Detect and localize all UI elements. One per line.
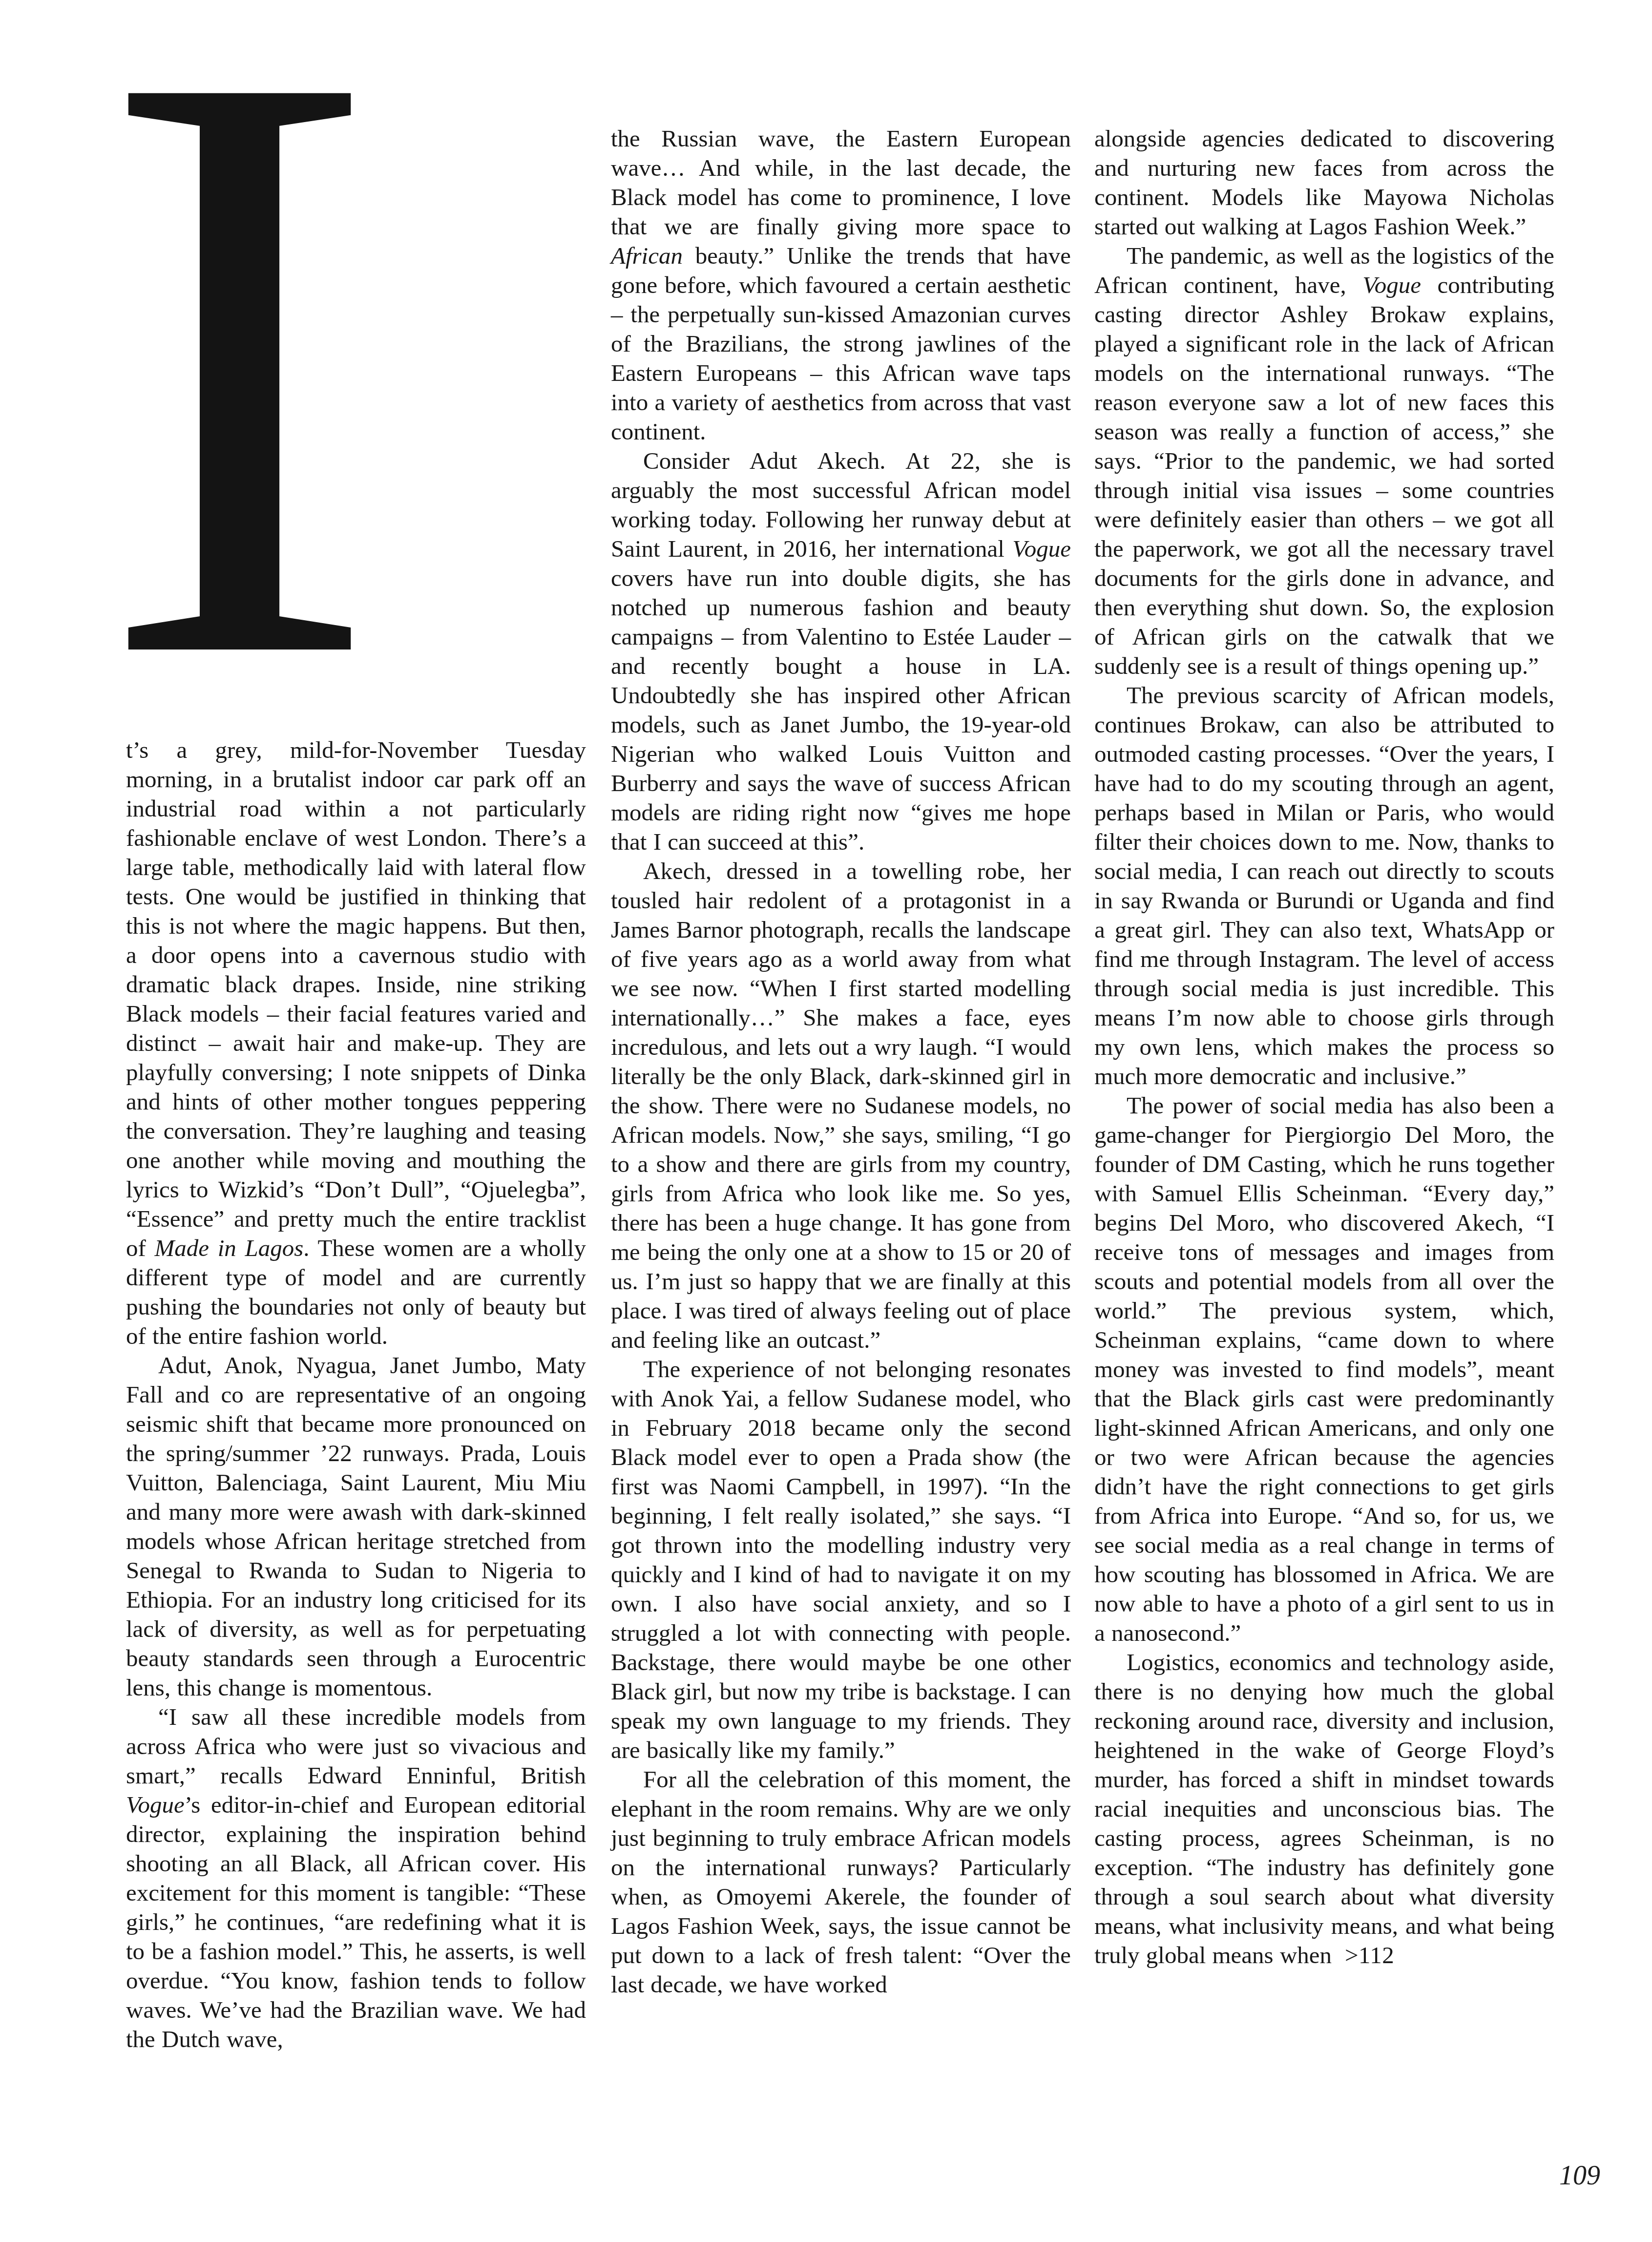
body-text: the Russian wave, the Eastern European w… (611, 125, 1071, 240)
body-text: The experience of not belonging resonate… (611, 1356, 1071, 1763)
body-text: covers have run into double digits, she … (611, 565, 1071, 855)
paragraph: For all the celebration of this moment, … (611, 1765, 1071, 1999)
body-text: ’s editor-in-chief and European editoria… (126, 1791, 586, 2053)
italic-text: Vogue (1362, 272, 1421, 298)
text-column-2: the Russian wave, the Eastern European w… (611, 124, 1071, 1999)
page-number: 109 (1559, 2158, 1600, 2193)
italic-text: Vogue (126, 1791, 185, 1818)
italic-text: Made in Lagos (155, 1235, 304, 1261)
body-text: alongside agencies dedicated to discover… (1094, 125, 1554, 240)
body-text: t’s a grey, mild-for-November Tuesday mo… (126, 736, 586, 1261)
body-text: Adut, Anok, Nyagua, Janet Jumbo, Maty Fa… (126, 1352, 586, 1701)
italic-text: African (611, 242, 683, 269)
paragraph: Consider Adut Akech. At 22, she is argua… (611, 446, 1071, 857)
paragraph: Logistics, economics and technology asid… (1094, 1648, 1554, 1970)
magazine-page: I t’s a grey, mild-for-November Tuesday … (0, 0, 1652, 2242)
body-text: contributing casting director Ashley Bro… (1094, 272, 1554, 679)
body-text: “I saw all these incredible models from … (126, 1703, 586, 1789)
italic-text: Vogue (1012, 535, 1071, 562)
body-text: Consider Adut Akech. At 22, she is argua… (611, 447, 1071, 562)
paragraph: The experience of not belonging resonate… (611, 1355, 1071, 1765)
paragraph: Akech, dressed in a towelling robe, her … (611, 857, 1071, 1355)
paragraph: “I saw all these incredible models from … (126, 1702, 586, 2054)
paragraph: t’s a grey, mild-for-November Tuesday mo… (126, 735, 586, 1351)
paragraph: The pandemic, as well as the logistics o… (1094, 241, 1554, 681)
paragraph: alongside agencies dedicated to discover… (1094, 124, 1554, 241)
text-column-1: t’s a grey, mild-for-November Tuesday mo… (126, 735, 586, 2054)
paragraph: The previous scarcity of African models,… (1094, 681, 1554, 1091)
paragraph: Adut, Anok, Nyagua, Janet Jumbo, Maty Fa… (126, 1351, 586, 1702)
body-text: Logistics, economics and technology asid… (1094, 1649, 1554, 1969)
text-column-3: alongside agencies dedicated to discover… (1094, 124, 1554, 1970)
body-text: For all the celebration of this moment, … (611, 1766, 1071, 1998)
body-text: The previous scarcity of African models,… (1094, 682, 1554, 1090)
paragraph: the Russian wave, the Eastern European w… (611, 124, 1071, 446)
continued-on-page-marker: >112 (1332, 1942, 1394, 1969)
body-text: Akech, dressed in a towelling robe, her … (611, 858, 1071, 1353)
body-text: The power of social media has also been … (1094, 1092, 1554, 1646)
paragraph: The power of social media has also been … (1094, 1091, 1554, 1648)
body-text: beauty.” Unlike the trends that have gon… (611, 242, 1071, 445)
drop-cap-letter: I (98, 82, 380, 645)
